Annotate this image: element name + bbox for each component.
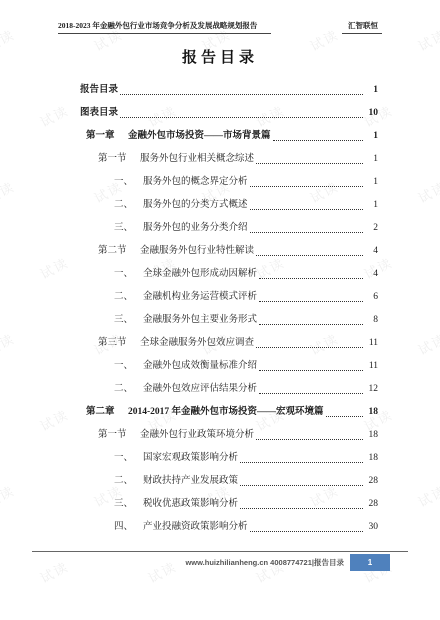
footer-divider [32,551,408,552]
toc-entry-title: 图表目录 [80,102,118,125]
toc-entry-page: 11 [365,355,378,378]
toc-entry-title: 全球金融服务外包效应调查 [140,332,254,355]
toc-entry-number: 一、 [114,355,143,378]
watermark-text: 试读 [414,176,440,207]
toc-entry-page: 1 [365,148,378,171]
toc-entry: 一、服务外包的概念界定分析1 [58,171,378,194]
toc-entry: 第二章2014-2017 年金融外包市场投资——宏观环境篇18 [58,401,378,424]
toc-entry-page: 1 [365,194,378,217]
toc-entry-page: 8 [365,309,378,332]
toc-dot-leader [259,370,363,371]
toc-entry: 三、服务外包的业务分类介绍2 [58,217,378,240]
toc-entry-page: 12 [365,378,378,401]
toc-entry-page: 6 [365,286,378,309]
watermark-text: 试读 [414,480,440,511]
toc-entry-number: 第二章 [86,401,128,424]
toc-entry-page: 4 [365,263,378,286]
toc-entry-number: 二、 [114,378,143,401]
toc-dot-leader [240,508,363,509]
toc-entry-page: 28 [365,470,378,493]
toc-dot-leader [256,439,363,440]
toc-entry: 第一章金融外包市场投资——市场背景篇1 [58,125,378,148]
toc-entry-title: 全球金融外包形成动因解析 [143,263,257,286]
toc-entry-number: 三、 [114,493,143,516]
toc-entry-title: 2014-2017 年金融外包市场投资——宏观环境篇 [128,401,324,424]
toc-dot-leader [256,347,363,348]
toc-dot-leader [240,462,363,463]
watermark-text: 试读 [144,556,179,587]
toc-dot-leader [273,140,363,141]
footer-contact-text: www.huizhilianheng.cn 4008774721|报告目录 [185,557,344,568]
toc-entry-number: 第一章 [86,125,128,148]
toc-entry: 二、金融机构业务运营模式评析6 [58,286,378,309]
watermark-text: 试读 [0,480,18,511]
toc-entry-title: 金融外包行业政策环境分析 [140,424,254,447]
toc-entry: 第一节金融外包行业政策环境分析18 [58,424,378,447]
toc-entry-page: 18 [365,424,378,447]
toc-entry-number: 第一节 [98,424,140,447]
toc-entry: 四、产业投融资政策影响分析30 [58,516,378,539]
toc-entry-page: 30 [365,516,378,539]
toc-entry-page: 1 [365,171,378,194]
watermark-text: 试读 [0,176,18,207]
toc-entry-page: 10 [365,102,378,125]
toc-entry: 一、国家宏观政策影响分析18 [58,447,378,470]
toc-entry: 二、财政扶持产业发展政策28 [58,470,378,493]
document-page: 试读试读试读试读试读试读试读试读试读试读试读试读试读试读试读试读试读试读试读试读… [0,0,440,620]
toc-entry-title: 金融外包效应评估结果分析 [143,378,257,401]
toc-entry-title: 报告目录 [80,79,118,102]
toc-entry-title: 财政扶持产业发展政策 [143,470,238,493]
toc-entry-page: 1 [365,79,378,102]
toc-entry-title: 服务外包的分类方式概述 [143,194,248,217]
toc-dot-leader [259,324,363,325]
toc-dot-leader [120,117,363,118]
toc-entry-page: 4 [365,240,378,263]
toc-entry-number: 第一节 [98,148,140,171]
header-report-title: 2018-2023 年金融外包行业市场竞争分析及发展战略规划报告 [58,20,271,34]
toc-entry-page: 28 [365,493,378,516]
toc-entry: 第三节全球金融服务外包效应调查11 [58,332,378,355]
toc-entry-page: 18 [365,401,378,424]
watermark-text: 试读 [0,328,18,359]
toc-dot-leader [326,416,363,417]
toc-entry-title: 金融服务外包行业特性解读 [140,240,254,263]
toc-entry-title: 服务外包行业相关概念综述 [140,148,254,171]
toc-entry: 一、金融外包成效衡量标准介绍11 [58,355,378,378]
toc-entry-title: 金融外包市场投资——市场背景篇 [128,125,271,148]
toc-entry-title: 服务外包的业务分类介绍 [143,217,248,240]
toc-entry: 报告目录1 [58,79,378,102]
toc-entry-page: 1 [365,125,378,148]
toc-entry: 一、全球金融外包形成动因解析4 [58,263,378,286]
toc-entry-page: 18 [365,447,378,470]
toc-dot-leader [250,232,363,233]
toc-dot-leader [259,301,363,302]
toc-entry-title: 产业投融资政策影响分析 [143,516,248,539]
toc-entry: 第二节金融服务外包行业特性解读4 [58,240,378,263]
toc-entry-number: 二、 [114,194,143,217]
toc-entry: 图表目录10 [58,102,378,125]
page-number-badge: 1 [350,554,390,571]
toc-dot-leader [250,209,363,210]
toc-entry-number: 一、 [114,263,143,286]
toc-dot-leader [250,531,363,532]
toc-entry-number: 二、 [114,470,143,493]
page-footer: www.huizhilianheng.cn 4008774721|报告目录 1 [185,554,390,571]
toc-dot-leader [120,94,363,95]
toc-entry-number: 一、 [114,171,143,194]
header-company-name: 汇智联恒 [342,20,382,34]
toc-entry: 第一节服务外包行业相关概念综述1 [58,148,378,171]
toc-entry-number: 三、 [114,217,143,240]
toc-entry-number: 一、 [114,447,143,470]
toc-entry-number: 四、 [114,516,143,539]
toc-entry-title: 税收优惠政策影响分析 [143,493,238,516]
toc-entry-title: 国家宏观政策影响分析 [143,447,238,470]
toc-dot-leader [259,278,363,279]
toc-dot-leader [256,255,363,256]
toc-dot-leader [256,163,363,164]
toc-entry-number: 第二节 [98,240,140,263]
toc-entry: 三、金融服务外包主要业务形式8 [58,309,378,332]
toc-entry-page: 2 [365,217,378,240]
toc-dot-leader [250,186,363,187]
toc-entry-page: 11 [365,332,378,355]
toc-entry-title: 金融机构业务运营模式评析 [143,286,257,309]
toc-entry-number: 二、 [114,286,143,309]
toc-entry: 二、金融外包效应评估结果分析12 [58,378,378,401]
toc-entry-title: 金融外包成效衡量标准介绍 [143,355,257,378]
toc-dot-leader [240,485,363,486]
page-title: 报告目录 [0,46,440,67]
toc-dot-leader [259,393,363,394]
toc-entry-title: 服务外包的概念界定分析 [143,171,248,194]
toc-entry: 三、税收优惠政策影响分析28 [58,493,378,516]
page-header: 2018-2023 年金融外包行业市场竞争分析及发展战略规划报告 汇智联恒 [58,20,382,34]
watermark-text: 试读 [414,328,440,359]
toc-list: 报告目录1图表目录10第一章金融外包市场投资——市场背景篇1第一节服务外包行业相… [58,79,378,539]
toc-entry-title: 金融服务外包主要业务形式 [143,309,257,332]
watermark-text: 试读 [36,556,71,587]
toc-entry: 二、服务外包的分类方式概述1 [58,194,378,217]
toc-entry-number: 三、 [114,309,143,332]
toc-entry-number: 第三节 [98,332,140,355]
